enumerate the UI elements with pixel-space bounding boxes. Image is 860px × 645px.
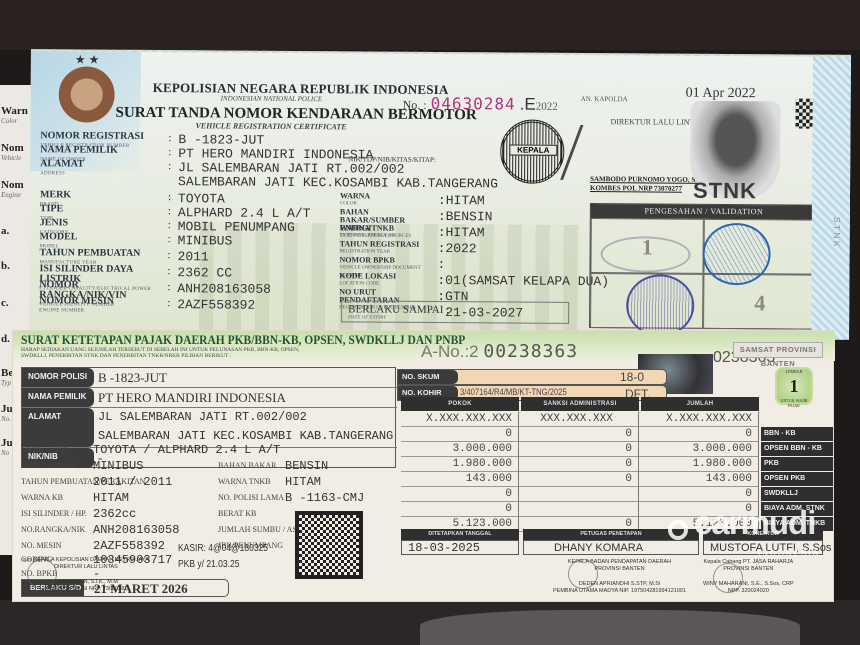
colon: : [168,233,171,245]
pkb-paid-note: PKB y/ 21.03.25 [178,559,239,570]
spec-label: MERK / TYPE [21,445,70,454]
partial-label: b. [1,260,10,272]
background-top [0,0,860,50]
tax-title: SURAT KETETAPAN PAJAK DAERAH PKB/BBN-KB,… [21,333,465,348]
fee-pokok: 0 [401,502,519,517]
fee-sanksi [521,487,639,502]
field-label-text: TAHUN PEMBUATAN [40,247,141,259]
partial-label-text: Ju [1,403,13,415]
hologram-text: STNK [693,178,757,204]
field-value: : [437,257,445,272]
stamp-text: KEPALA [509,144,557,155]
serial-year: 2022 [536,101,558,113]
owner-value: PT HERO MANDIRI INDONESIA [98,390,286,406]
field-label-text: WARNA TNKB [340,223,394,232]
assessed-date-label: DITETAPKAN TANGGAL [401,529,519,540]
owner-row-name: NAMA PEMILIK PT HERO MANDIRI INDONESIA [22,388,397,408]
fee-sanksi [521,502,639,517]
official-police: a.n. KEPALA KEPOLISIAN DAERAH METRO JAYA… [23,557,149,593]
sheet-badge: LEMBAR1UNTUK WAJIB PAJAK [775,367,813,405]
spec-label: WARNA TNKB [218,477,271,486]
field-value: 2362 CC [177,265,232,280]
field-value: :HITAM [438,193,485,208]
validation-box: PENGESAHAN / VALIDATION 1 4 [589,203,818,330]
police-emblem-icon: ★ ★ [58,66,114,122]
spec-label: BAHAN BAKAR [218,461,276,470]
field-label-text: JENIS [40,217,68,228]
spec-value: 2011 / 2011 [93,475,172,489]
field-label-text: TIPE [40,203,63,214]
partial-label: NomEngine [1,179,24,199]
owner-row-address: ALAMAT JL SALEMBARAN JATI RT.002/002 SAL… [22,408,397,448]
fee-label: OPSEN PKB [761,472,833,486]
colon: : [168,191,171,203]
fee-label: OPSEN BBN - KB [761,442,833,456]
spec-value: ANH208163058 [93,523,179,537]
fee-label: PKB [761,457,833,471]
partial-label-text: c. [1,297,9,309]
partial-label: a. [1,225,9,237]
spec-label: BERAT KB [218,509,256,518]
blue-stamp-icon [702,223,770,285]
signature-mark [560,125,650,180]
fee-pokok: 0 [401,487,519,502]
samsat-label: SAMSAT PROVINSI BANTEN [733,342,823,358]
fee-label: BBN - KB [761,427,833,441]
skum-label: NO. SKUM [398,370,458,384]
fee-pokok: 0 [401,427,519,442]
field-label-text: NAMA PEMILIK [40,144,118,156]
spec-label: NO. MESIN [21,541,61,550]
a-number: A-No.:2 00238363 [421,341,578,362]
owner-value: JL SALEMBARAN JATI RT.002/002 [98,410,307,424]
spec-label: NO. POLISI LAMA [218,493,284,502]
partial-label: WarnColor [1,105,28,125]
field-value: :HITAM [438,225,485,240]
colon: : [167,297,170,309]
partial-label-sub: No. [1,415,13,423]
partial-label-text: Warn [1,105,28,117]
validation-cell-4: 4 [703,274,816,330]
field-value: :2022 [438,241,477,256]
field-label-text: NOMOR MESIN [39,295,114,307]
official-jasa-raharja: Kepala Cabang PT. JASA RAHARJAPROVINSI B… [703,559,794,595]
fee-row: 000BBN - KB [401,427,759,442]
stnk-certificate: ★ ★ KEPOLISIAN NEGARA REPUBLIK INDONESIA… [29,49,851,338]
fee-jumlah: 143.000 [641,472,759,487]
colon: : [168,219,171,231]
field-value: 2AZF558392 [177,297,255,313]
partial-label-sub: Vehicle [1,154,24,162]
owner-label: ALAMAT [22,408,94,447]
fee-label: SWDKLLJ [761,487,833,501]
fee-header-sanksi: SANKSI ADMINISTRASI [521,397,639,411]
kepala-stamp-icon: KEPALA [500,119,564,183]
colon: : [167,265,170,277]
partial-label-text: d. [1,333,10,345]
spec-value: MINIBUS [93,459,143,473]
spec-value: HITAM [285,475,321,489]
officer-name: DHANY KOMARA [523,540,699,555]
spec-label: JUMLAH SUMBU / AS [218,525,297,534]
validation-title: PENGESAHAN / VALIDATION [591,204,817,220]
field-label: ALAMATADDRESS [40,159,160,180]
field-label-en: ENGINE NUMBER [39,306,159,317]
fee-row: 00SWDKLLJ [401,487,759,502]
an-kapolda: AN. KAPOLDA [581,95,628,103]
issue-date: 01 Apr 2022 [686,86,756,102]
partial-label-sub: Color [1,117,28,125]
field-label: NOMOR MESINENGINE NUMBER [39,296,159,317]
spec-label: JENIS / MODEL [21,461,77,470]
document-title-en: VEHICLE REGISTRATION CERTIFICATE [195,121,346,131]
colon: : [168,132,171,144]
spec-label: NO.RANGKA/NIK [21,525,85,534]
owner-row-plate: NOMOR POLISI B -1823-JUT [22,368,397,388]
colon: : [168,249,171,261]
watermark-country: INDONESIA [758,549,820,558]
field-label-text: MODEL [40,231,78,242]
partial-label: JuNo [1,437,13,457]
expiry-label: BERLAKU SAMPAI :DATE OF EXPIRY [348,303,449,321]
spec-value: HITAM [93,491,129,505]
field-value: MINIBUS [178,233,233,248]
serial-suffix: .E [520,95,536,114]
fee-sanksi: 0 [521,427,639,442]
field-label-text: KODE LOKASI [339,271,396,280]
watermark-brand: carmudi [658,504,815,542]
background-bottom [0,600,860,645]
fee-jumlah: 0 [641,427,759,442]
fee-jumlah: 0 [641,487,759,502]
fee-sanksi: XXX.XXX.XXX [521,412,639,427]
fee-pokok: X.XXX.XXX.XXX [401,412,519,427]
owner-value: B -1823-JUT [98,370,167,386]
fee-pokok: 143.000 [401,472,519,487]
serial-number: No. :04630284.E2022 [403,94,558,115]
tax-subtitle: HARAP SEDIAKAN UANG SEJUMLAH TERSEBUT DI… [21,347,299,359]
colon: : [168,205,171,217]
fee-row: X.XXX.XXX.XXXXXX.XXX.XXXX.XXX.XXX.XXX [401,412,759,427]
field-label-text: NOMOR REGISTRASI [40,130,144,142]
field-value: ANH208163058 [177,281,271,297]
partial-label-sub: No [1,449,13,457]
partial-label-text: Nom [1,142,24,154]
field-label-text: WARNA [340,191,370,200]
serial-digits: 04630284 [431,94,516,114]
spec-value: B -1163-CMJ [285,491,364,505]
field-label-en: ADDRESS [40,169,160,180]
field-label-text: MERK [40,189,71,200]
fee-row: 3.000.00003.000.000OPSEN BBN - KB [401,442,759,457]
field-label-text: ALAMAT [40,158,84,169]
owner-value-line2: SALEMBARAN JATI KEC.KOSAMBI KAB.TANGERAN… [98,429,393,443]
spec-value: TOYOTA / ALPHARD 2.4 L A/T [93,443,280,457]
fee-row: 143.0000143.000OPSEN PKB [401,472,759,487]
violet-stamp-icon [626,274,694,336]
spec-value: 2AZF558392 [93,539,165,553]
field-value: 2011 [178,249,209,264]
fee-sanksi: 0 [521,457,639,472]
owner-label: NOMOR POLISI [22,368,94,387]
partial-date: 18-0 [620,370,644,384]
partial-label: c. [1,297,9,309]
partial-label-sub: Engine [1,191,24,199]
partial-label-text: a. [1,225,9,237]
serial-prefix: No. : [403,98,427,112]
partial-label: JuNo. [1,403,13,423]
expiry-value: 21-03-2027 [445,305,523,321]
colon: : [168,160,171,172]
fee-jumlah: X.XXX.XXX.XXX [641,412,759,427]
faded-stamp-icon [600,236,690,273]
field-value: SALEMBARAN JATI KEC.KOSAMBI KAB.TANGERAN… [178,174,498,191]
spec-value: 2362cc [93,507,136,521]
fee-pokok: 3.000.000 [401,442,519,457]
field-value: :01(SAMSAT KELAPA DUA) [437,273,609,289]
vertical-stnk-mark: STNK [832,217,842,249]
kohir-value: 3/407164/R4/MB/KT-TNG/2025 [460,387,567,397]
field-value: :BENSIN [438,209,493,224]
fee-pokok: 1.980.000 [401,457,519,472]
cashier-code: KASIR: 4@04@180325 [178,543,268,554]
fee-header-pokok: POKOK [401,397,519,411]
official-bapenda: KEPALA BADAN PENDAPATAN DAERAHPROVINSI B… [553,559,686,595]
spec-label: ISI SILINDER / HP. [21,509,87,518]
qr-code-icon [795,98,825,128]
partial-label-text: Ju [1,437,13,449]
partial-label-text: b. [1,260,10,272]
qr-code-icon [295,511,363,579]
fee-jumlah: 3.000.000 [641,442,759,457]
fee-sanksi: 0 [521,442,639,457]
agency-name-en: INDONESIAN NATIONAL POLICE [221,94,323,103]
partial-label: d. [1,333,10,345]
spec-value: BENSIN [285,459,328,473]
spec-label: WARNA KB [21,493,63,502]
partial-label-text: Nom [1,179,24,191]
field-label-text: NOMOR BPKB [340,255,395,264]
fee-row: 1.980.00001.980.000PKB [401,457,759,472]
assessed-date: 18-03-2025 [401,540,519,555]
expiry-box: BERLAKU SAMPAI :DATE OF EXPIRY 21-03-202… [341,300,569,324]
colon: : [167,281,170,293]
fee-header-jumlah: JUMLAH [641,397,759,411]
fee-sanksi: 0 [521,472,639,487]
field-value: TOYOTA [178,191,225,206]
owner-label: NAMA PEMILIK [22,388,94,407]
partial-label: NomVehicle [1,142,24,162]
tax-assessment-card: SURAT KETETAPAN PAJAK DAERAH PKB/BBN-KB,… [12,330,834,602]
fee-jumlah: 1.980.000 [641,457,759,472]
colon: : [168,146,171,158]
